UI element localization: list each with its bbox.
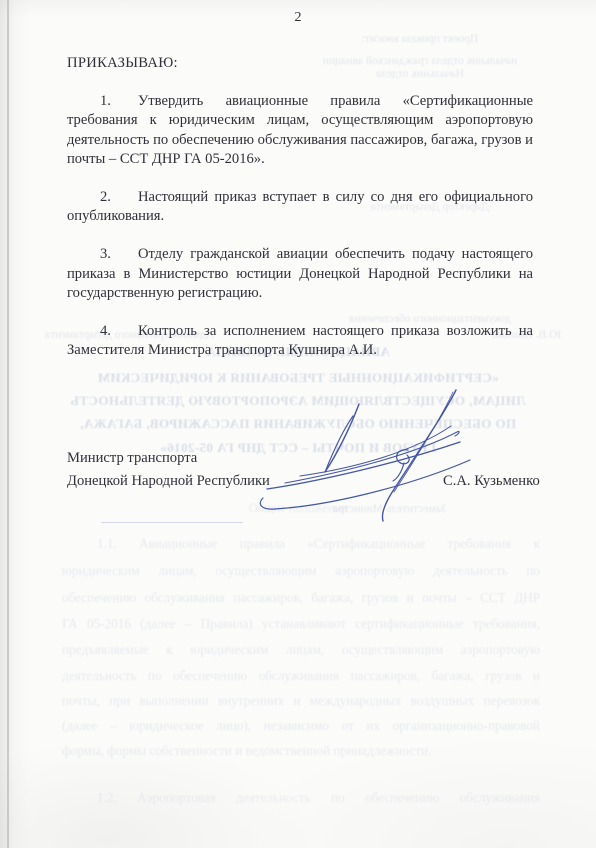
order-heading: ПРИКАЗЫВАЮ:: [67, 54, 533, 73]
bleedthrough-line: Проект приказа вносит:: [330, 33, 510, 45]
item-text: Контроль за исполнением настоящего прика…: [67, 323, 533, 358]
bleedthrough-body-line: 1.2. Аэропортовая деятельность по обеспе…: [62, 790, 540, 806]
item-number: 3.: [100, 246, 111, 262]
item-number: 2.: [100, 189, 111, 205]
item-text: Настоящий приказ вступает в силу со дня …: [67, 189, 533, 224]
item-text: Утвердить авиационные правила «Сертифика…: [67, 93, 533, 167]
bleedthrough-body-line: обеспечению обслуживания пассажиров, баг…: [62, 590, 540, 606]
item-number: 4.: [100, 323, 111, 339]
bleedthrough-body-line: почты, при выполнении внутренних и между…: [62, 693, 540, 709]
bleedthrough-body-line: ГА 05-2016 (далее – Правила) устанавлива…: [62, 616, 540, 632]
page-number: 2: [0, 10, 596, 26]
scanned-order-page: Проект приказа вносит: начальник отдела …: [0, 0, 596, 848]
handwritten-signature: [255, 368, 505, 543]
bleedthrough-body-line: формы, формы собственности и ведомственн…: [62, 743, 540, 759]
bleedthrough-underline: [101, 522, 243, 523]
bleedthrough-body-line: юридическим лицам, осуществляющим аэропо…: [62, 563, 540, 579]
item-text: Отделу гражданской авиации обеспечить по…: [67, 246, 533, 300]
bleedthrough-body-line: предъявляемые к юридическим лицам, осуще…: [62, 642, 540, 658]
order-item-4: 4.Контроль за исполнением настоящего при…: [67, 322, 533, 360]
bleedthrough-body-line: (далее – юридическое лицо), независимо о…: [62, 718, 540, 734]
order-item-3: 3.Отделу гражданской авиации обеспечить …: [67, 245, 533, 303]
order-item-1: 1.Утвердить авиационные правила «Сертифи…: [67, 92, 533, 169]
item-number: 1.: [100, 93, 111, 109]
order-item-2: 2.Настоящий приказ вступает в силу со дн…: [67, 188, 533, 226]
bleedthrough-body-line: деятельность по обеспечению обслуживания…: [62, 668, 540, 684]
order-body: ПРИКАЗЫВАЮ: 1.Утвердить авиационные прав…: [67, 54, 533, 360]
